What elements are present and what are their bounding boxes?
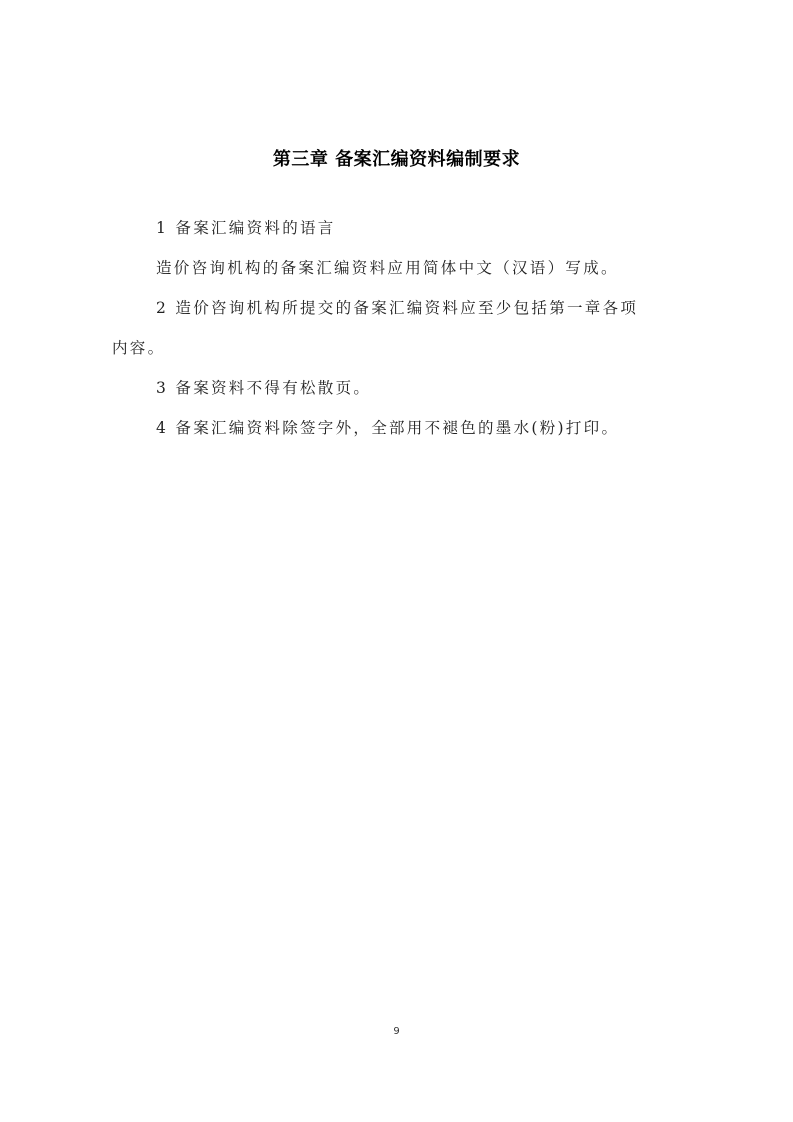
paragraph-item-1-detail: 造价咨询机构的备案汇编资料应用简体中文（汉语）写成。	[156, 248, 731, 288]
paragraph-item-2-continued: 内容。	[112, 328, 687, 368]
paragraph-item-3: 3 备案资料不得有松散页。	[156, 368, 731, 408]
document-page: 第三章 备案汇编资料编制要求 1 备案汇编资料的语言 造价咨询机构的备案汇编资料…	[0, 0, 793, 1122]
paragraph-item-4: 4 备案汇编资料除签字外，全部用不褪色的墨水(粉)打印。	[156, 408, 731, 448]
paragraph-item-2: 2 造价咨询机构所提交的备案汇编资料应至少包括第一章各项	[156, 288, 731, 328]
paragraph-item-1: 1 备案汇编资料的语言	[156, 208, 731, 248]
chapter-title: 第三章 备案汇编资料编制要求	[0, 147, 793, 173]
page-number: 9	[0, 1026, 793, 1037]
